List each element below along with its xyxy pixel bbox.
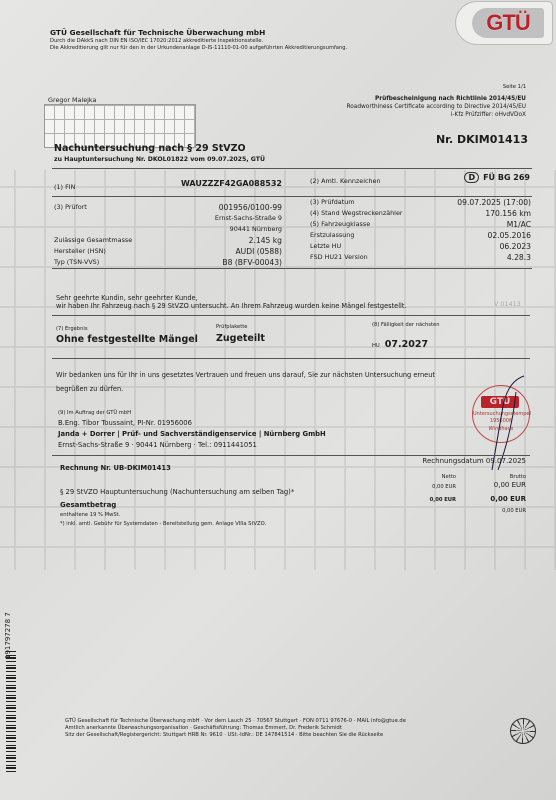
page-number: Seite 1/1: [503, 84, 526, 91]
divider: [52, 315, 530, 316]
fin-value: WAUZZZF42GA088532: [181, 179, 282, 188]
invoice-number: Rechnung Nr. UB-DKIM01413: [60, 464, 171, 472]
total-net: 0,00 EUR: [400, 497, 456, 504]
accreditation-line-1: Durch die DAkkS nach DIN EN ISO/IEC 1702…: [50, 38, 263, 45]
field-row: (3) Prüfort001956/0100-99: [54, 203, 282, 214]
due-value: 07.2027: [385, 339, 428, 350]
plate-value: FÜ BG 269: [483, 173, 530, 182]
field-row: (3) Prüfdatum09.07.2025 (17:00): [310, 198, 531, 209]
invoice-item: § 29 StVZO Hauptuntersuchung (Nachunters…: [60, 488, 294, 496]
total-label: Gesamtbetrag: [60, 501, 116, 509]
plakette-label: Prüfplakette: [216, 324, 247, 331]
inspector-label: (9) Im Auftrag der GTÜ mbH: [58, 410, 131, 417]
inspection-address: Ernst-Sachs-Straße 9 · 90441 Nürnberg · …: [58, 441, 257, 449]
result-label: (7) Ergebnis: [56, 326, 88, 333]
vehicle-fields-left: (3) Prüfort001956/0100-99 Ernst-Sachs-St…: [54, 203, 282, 269]
vehicle-fields-right: (3) Prüfdatum09.07.2025 (17:00) (4) Stan…: [310, 198, 531, 264]
due-wrap: HU 07.2027: [372, 332, 428, 351]
faint-reference: V 01413: [494, 300, 521, 308]
net-column-header: Netto: [400, 474, 456, 481]
certificate-line-2: Roadworthiness Certificate according to …: [346, 104, 526, 111]
redacted-address-box: [44, 104, 196, 148]
recipient-name: Gregor Malejka: [48, 96, 96, 104]
page-title: Nachuntersuchung nach § 29 StVZO: [54, 143, 246, 155]
document-page: GTÜ Gesellschaft für Technische Überwach…: [0, 0, 556, 800]
accreditation-line-2: Die Akkreditierung gilt nur für den in d…: [50, 45, 347, 52]
wheel-emblem-icon: [510, 718, 536, 744]
due-label: (8) Fälligkeit der nächsten: [372, 322, 440, 329]
page-subtitle: zu Hauptuntersuchung Nr. DKOL01822 vom 0…: [54, 156, 265, 164]
gtu-logo: GTÜ: [456, 2, 552, 44]
vat-value: 0,00 EUR: [502, 508, 526, 515]
greeting-line-2: wir haben Ihr Fahrzeug nach § 29 StVZO u…: [56, 302, 407, 310]
field-row: Hersteller (HSN)AUDI (0588): [54, 247, 282, 258]
invoice-footnote: *) inkl. amtl. Gebühr für Systemdaten - …: [60, 521, 266, 528]
fin-label: (1) FIN: [54, 183, 75, 191]
field-row: Ernst-Sachs-Straße 9: [54, 214, 282, 225]
plakette-value: Zugeteilt: [216, 333, 265, 344]
closing-line-2: begrüßen zu dürfen.: [56, 385, 123, 393]
inspection-company: Janda + Dorrer | Prüf- und Sachverständi…: [58, 430, 326, 438]
divider: [52, 455, 530, 456]
field-row: FSD HU21 Version4.28.3: [310, 253, 531, 264]
divider: [52, 358, 530, 359]
barcode: [6, 650, 16, 772]
result-value: Ohne festgestellte Mängel: [56, 334, 198, 345]
gross-column-header: Brutto: [510, 474, 526, 481]
inspector-name: B.Eng. Tibor Toussaint, PI-Nr. 01956006: [58, 419, 192, 427]
gtu-logo-text: GTÜ: [486, 11, 529, 35]
invoice-date: Rechnungsdatum 09.07.2025: [422, 457, 526, 465]
total-gross: 0,00 EUR: [490, 495, 526, 503]
company-name: GTÜ Gesellschaft für Technische Überwach…: [50, 29, 265, 37]
footer-line-3: Sitz der Gesellschaft/Registergericht: S…: [65, 732, 383, 739]
footer-line-2: Amtlich anerkannte Überwachungsorganisat…: [65, 725, 342, 732]
certificate-number: Nr. DKIM01413: [436, 133, 528, 146]
field-row: 90441 Nürnberg: [54, 225, 282, 236]
plate-label: (2) Amtl. Kennzeichen: [310, 177, 381, 185]
divider: [52, 268, 532, 269]
field-row: (5) FahrzeugklasseM1/AC: [310, 220, 531, 231]
vat-label: enthaltene 19 % MwSt.: [60, 512, 120, 519]
divider: [52, 168, 532, 169]
field-row: Erstzulassung02.05.2016: [310, 231, 531, 242]
field-row: Zulässige Gesamtmasse2.145 kg: [54, 236, 282, 247]
footer-line-1: GTÜ Gesellschaft für Technische Überwach…: [65, 718, 406, 725]
plate-value-wrap: DFÜ BG 269: [464, 172, 530, 183]
closing-line-1: Wir bedanken uns für Ihr in uns gesetzte…: [56, 371, 435, 379]
item-gross: 0,00 EUR: [494, 481, 526, 489]
certificate-line-1: Prüfbescheinigung nach Richtlinie 2014/4…: [375, 96, 526, 103]
country-code-d: D: [464, 172, 479, 183]
divider: [52, 196, 532, 197]
item-net: 0,00 EUR: [400, 484, 456, 491]
due-prefix: HU: [372, 343, 380, 349]
greeting-line-1: Sehr geehrte Kundin, sehr geehrter Kunde…: [56, 294, 198, 302]
field-row: Letzte HU06.2023: [310, 242, 531, 253]
field-row: (4) Stand Wegstreckenzähler170.156 km: [310, 209, 531, 220]
certificate-line-3: i-Kfz Prüfziffer: oHvdVDoX: [451, 112, 526, 119]
